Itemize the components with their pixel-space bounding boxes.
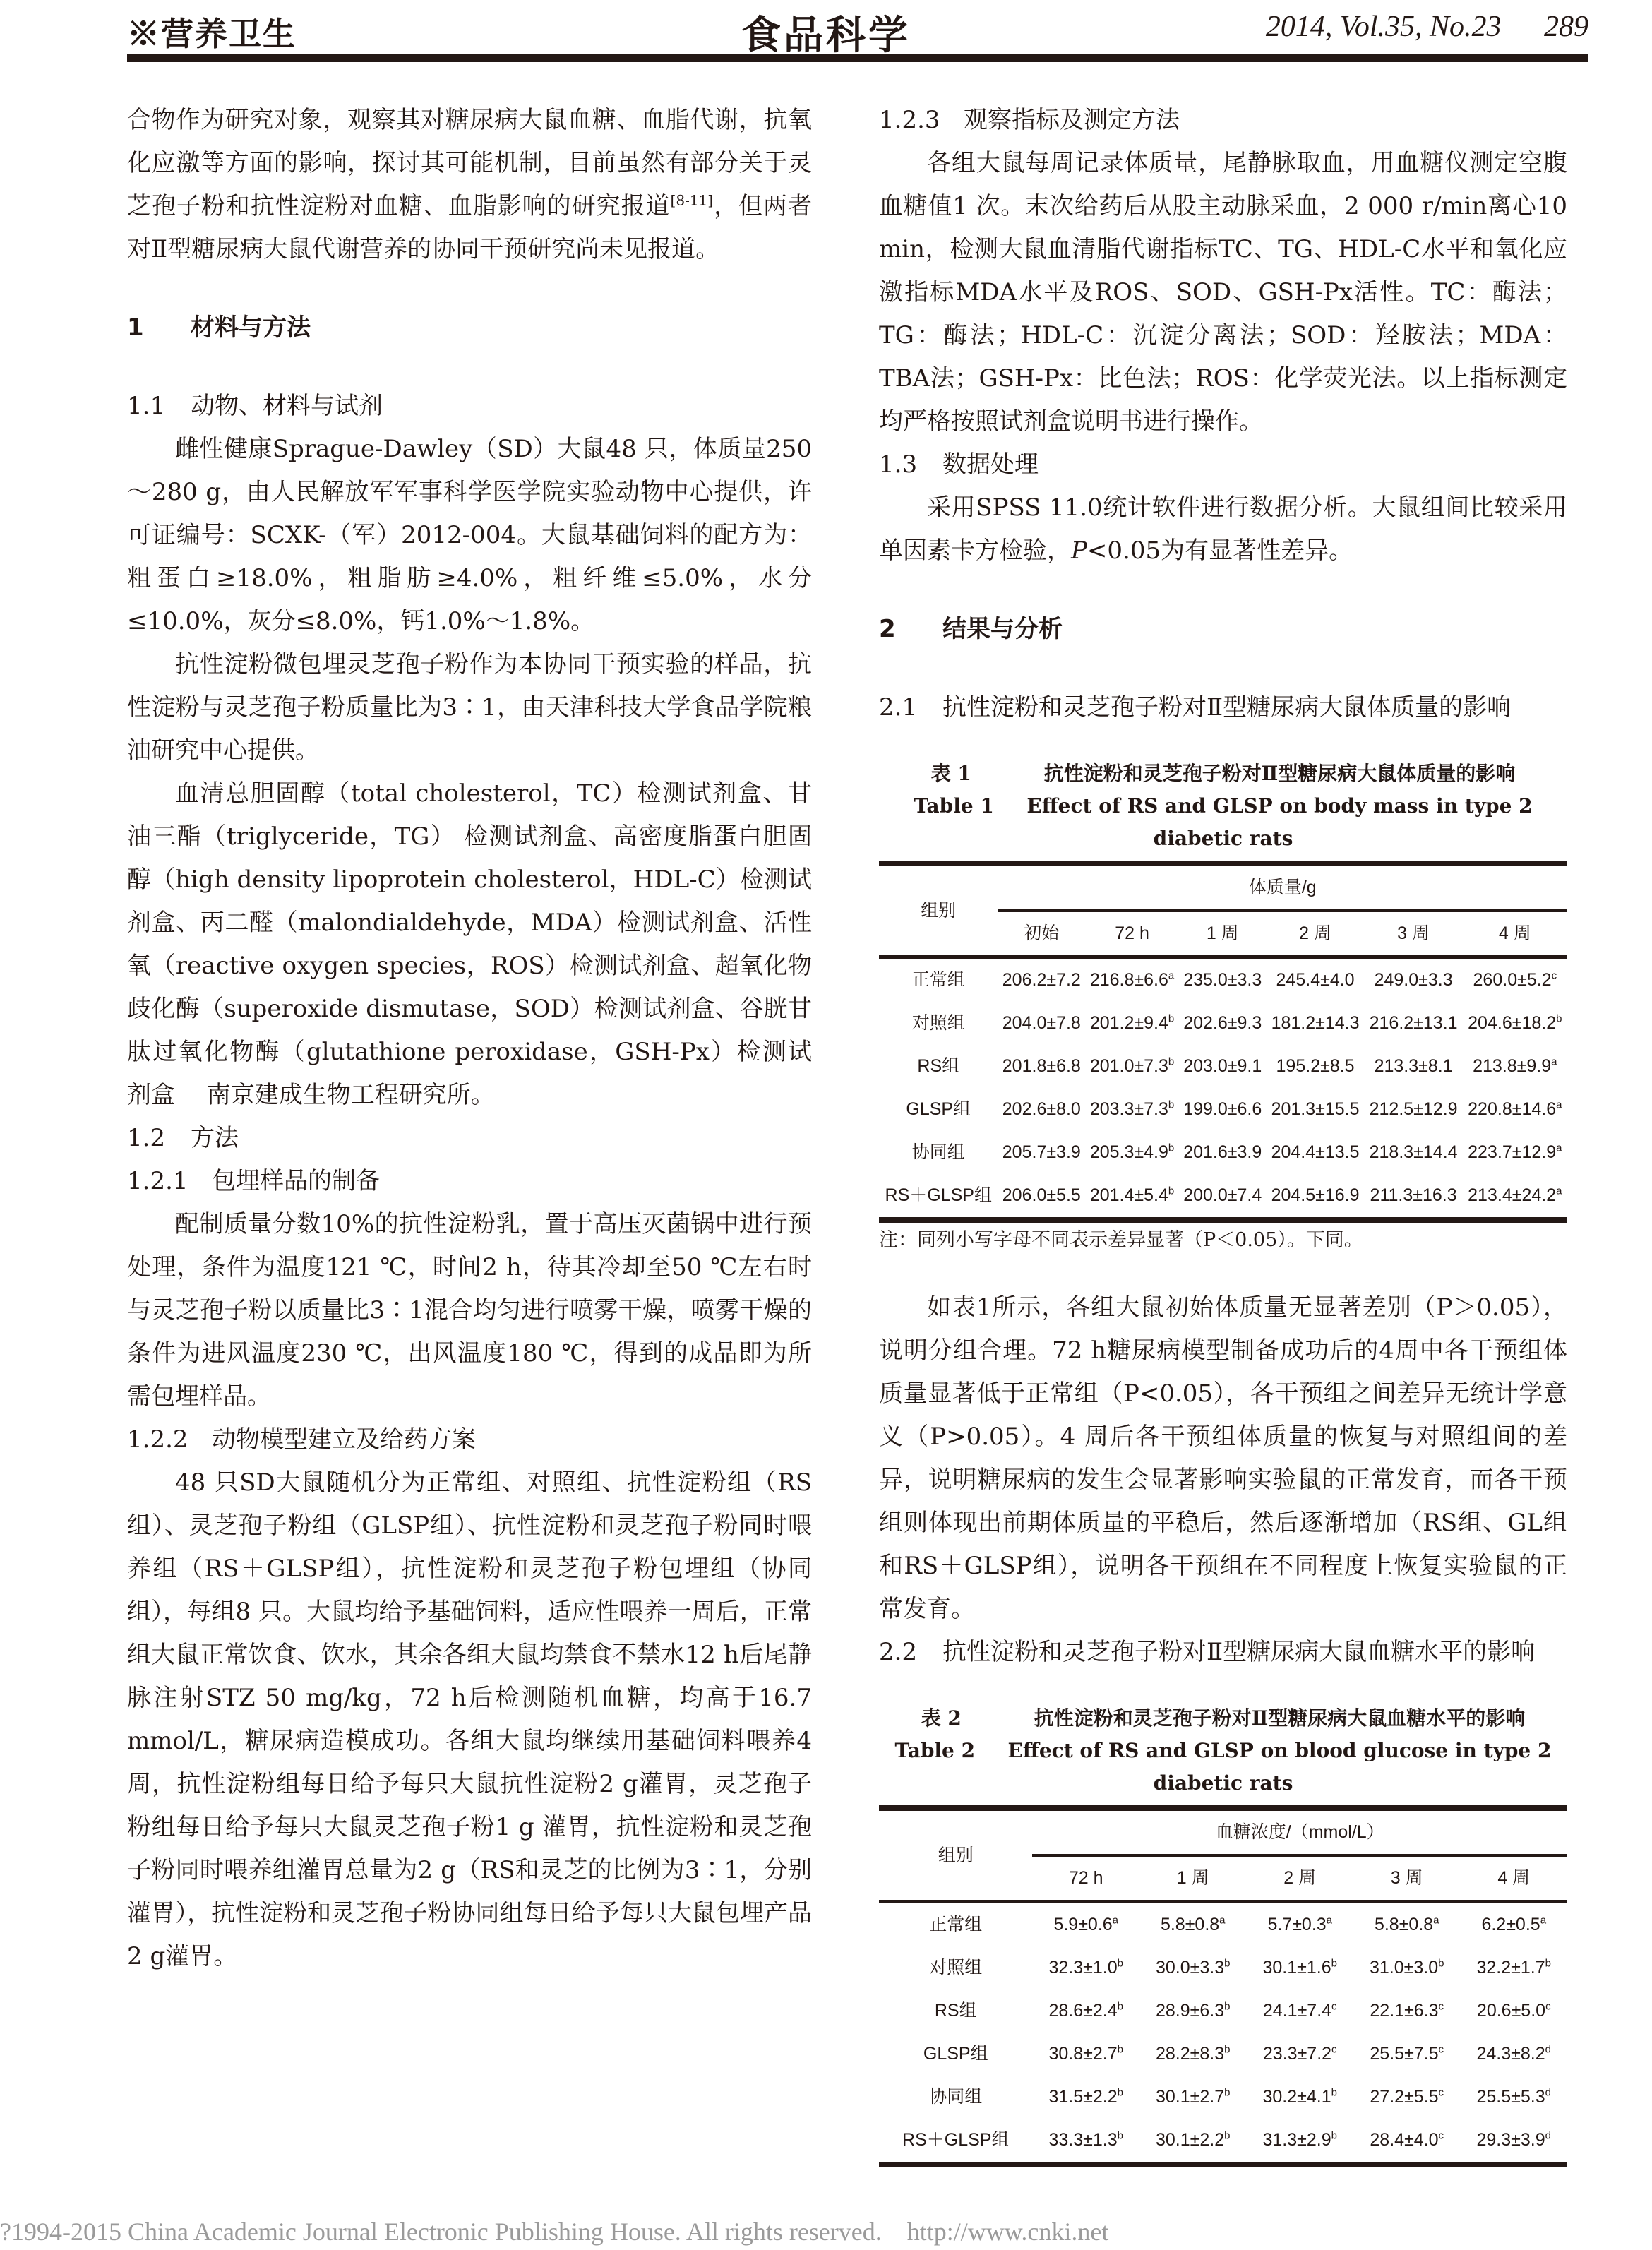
header-rule [127,54,1588,62]
value-cell: 202.6±8.0 [998,1088,1086,1131]
value-cell: 201.3±15.5 [1267,1088,1365,1131]
journal-title: 食品科学 [741,4,911,61]
table-2: 表 2抗性淀粉和灵芝孢子粉对Ⅱ型糖尿病大鼠血糖水平的影响 Table 2Effe… [879,1702,1567,2167]
value-cell: 202.6±9.3 [1179,1002,1267,1045]
copyright-text: ?1994-2015 China Academic Journal Electr… [0,2218,882,2246]
section-heading-1-3: 1.3数据处理 [879,443,1567,486]
section-heading-1-1: 1.1动物、材料与试剂 [127,385,812,428]
section-heading-2: 2结果与分析 [879,608,1567,651]
issue-number: 2014, Vol.35, No.23 [1266,11,1502,43]
value-cell: 260.0±5.2c [1463,957,1567,1003]
table-row: 协同组31.5±2.2b30.1±2.7b30.2±4.1b27.2±5.5c2… [879,2076,1567,2119]
body-mass-header: 体质量/g [998,863,1567,911]
value-cell: 205.3±4.9b [1085,1131,1179,1174]
group-cell: RS组 [879,1045,998,1088]
value-cell: 30.8±2.7b [1032,2033,1139,2076]
value-cell: 235.0±3.3 [1179,957,1267,1003]
table-row: 正常组5.9±0.6a5.8±0.8a5.7±0.3a5.8±0.8a6.2±0… [879,1902,1567,1947]
table-row: RS组28.6±2.4b28.9±6.3b24.1±7.4c22.1±6.3c2… [879,1989,1567,2033]
value-cell: 30.1±2.2b [1139,2119,1247,2165]
group-cell: 对照组 [879,1946,1032,1989]
value-cell: 218.3±14.4 [1365,1131,1463,1174]
value-cell: 204.6±18.2b [1463,1002,1567,1045]
copyright-footer: ?1994-2015 China Academic Journal Electr… [0,2217,1108,2246]
section-heading-1-2: 1.2方法 [127,1117,812,1160]
table-2-caption-en: Table 2Effect of RS and GLSP on blood gl… [879,1735,1567,1800]
body-mass-table: 组别 体质量/g 初始72 h1 周 2 周3 周4 周 正常组206.2±7.… [879,861,1567,1223]
value-cell: 27.2±5.5c [1353,2076,1461,2119]
intro-paragraph: 合物作为研究对象，观察其对糖尿病大鼠血糖、血脂代谢，抗氧化应激等方面的影响，探讨… [127,99,812,271]
value-cell: 5.7±0.3a [1246,1902,1353,1947]
value-cell: 216.8±6.6a [1085,957,1179,1003]
table-1-note: 注：同列小写字母不同表示差异显著（P＜0.05）。下同。 [879,1223,1567,1258]
group-header: 组别 [879,1808,1032,1902]
value-cell: 213.3±8.1 [1365,1045,1463,1088]
section-heading-1: 1材料与方法 [127,306,812,349]
value-cell: 30.1±2.7b [1139,2076,1247,2119]
value-cell: 29.3±3.9d [1460,2119,1567,2165]
table-row: 对照组32.3±1.0b30.0±3.3b30.1±1.6b31.0±3.0b3… [879,1946,1567,1989]
value-cell: 204.0±7.8 [998,1002,1086,1045]
page-header: ※营养卫生 食品科学 2014, Vol.35, No.23 289 [127,0,1588,56]
value-cell: 206.0±5.5 [998,1174,1086,1220]
value-cell: 203.3±7.3b [1085,1088,1179,1131]
value-cell: 30.0±3.3b [1139,1946,1247,1989]
value-cell: 28.6±2.4b [1032,1989,1139,2033]
value-cell: 223.7±12.9a [1463,1131,1567,1174]
sample-paragraph: 抗性淀粉微包埋灵芝孢子粉作为本协同干预实验的样品，抗性淀粉与灵芝孢子粉质量比为3… [127,643,812,772]
citation-ref[interactable]: [8-11] [671,192,714,209]
result-1-paragraph: 如表1所示，各组大鼠初始体质量无显著差别（P＞0.05），说明分组合理。72 h… [879,1286,1567,1631]
value-cell: 28.2±8.3b [1139,2033,1247,2076]
blood-glucose-table: 组别 血糖浓度/（mmol/L） 72 h1 周2 周 3 周4 周 正常组5.… [879,1805,1567,2167]
value-cell: 201.0±7.3b [1085,1045,1179,1088]
value-cell: 5.9±0.6a [1032,1902,1139,1947]
value-cell: 204.4±13.5 [1267,1131,1365,1174]
value-cell: 211.3±16.3 [1365,1174,1463,1220]
table-row: RS＋GLSP组33.3±1.3b30.1±2.2b31.3±2.9b28.4±… [879,2119,1567,2165]
table-1-caption-cn: 表 1抗性淀粉和灵芝孢子粉对Ⅱ型糖尿病大鼠体质量的影响 [879,758,1567,790]
value-cell: 28.4±4.0c [1353,2119,1461,2165]
value-cell: 201.8±6.8 [998,1045,1086,1088]
group-cell: 协同组 [879,2076,1032,2119]
section-heading-2-2: 2.2抗性淀粉和灵芝孢子粉对Ⅱ型糖尿病大鼠血糖水平的影响 [879,1631,1567,1674]
section-label: ※营养卫生 [127,8,297,55]
value-cell: 22.1±6.3c [1353,1989,1461,2033]
value-cell: 212.5±12.9 [1365,1088,1463,1131]
table-row: 协同组205.7±3.9205.3±4.9b201.6±3.9204.4±13.… [879,1131,1567,1174]
value-cell: 203.0±9.1 [1179,1045,1267,1088]
group-cell: RS＋GLSP组 [879,1174,998,1220]
value-cell: 199.0±6.6 [1179,1088,1267,1131]
group-cell: 正常组 [879,1902,1032,1947]
group-cell: GLSP组 [879,2033,1032,2076]
glucose-header: 血糖浓度/（mmol/L） [1032,1808,1567,1855]
section-heading-1-2-1: 1.2.1包埋样品的制备 [127,1160,812,1203]
value-cell: 33.3±1.3b [1032,2119,1139,2165]
issue-info: 2014, Vol.35, No.23 289 [1266,10,1588,44]
section-heading-2-1: 2.1抗性淀粉和灵芝孢子粉对Ⅱ型糖尿病大鼠体质量的影响 [879,686,1567,729]
section-heading-1-2-3: 1.2.3观察指标及测定方法 [879,99,1567,142]
value-cell: 195.2±8.5 [1267,1045,1365,1088]
statistics-paragraph: 采用SPSS 11.0统计软件进行数据分析。大鼠组间比较采用单因素卡方检验，P<… [879,486,1567,573]
left-column: 合物作为研究对象，观察其对糖尿病大鼠血糖、血脂代谢，抗氧化应激等方面的影响，探讨… [127,99,812,1978]
value-cell: 204.5±16.9 [1267,1174,1365,1220]
value-cell: 181.2±14.3 [1267,1002,1365,1045]
value-cell: 245.4±4.0 [1267,957,1365,1003]
table-row: GLSP组202.6±8.0203.3±7.3b199.0±6.6201.3±1… [879,1088,1567,1131]
value-cell: 28.9±6.3b [1139,1989,1247,2033]
table-row: GLSP组30.8±2.7b28.2±8.3b23.3±7.2c25.5±7.5… [879,2033,1567,2076]
table-1: 表 1抗性淀粉和灵芝孢子粉对Ⅱ型糖尿病大鼠体质量的影响 Table 1Effec… [879,758,1567,1258]
kits-paragraph: 血清总胆固醇（total cholesterol，TC）检测试剂盒、甘油三酯（t… [127,772,812,1117]
section-heading-1-2-2: 1.2.2动物模型建立及给药方案 [127,1418,812,1461]
value-cell: 25.5±5.3d [1460,2076,1567,2119]
preparation-paragraph: 配制质量分数10%的抗性淀粉乳，置于高压灭菌锅中进行预处理，条件为温度121 ℃… [127,1203,812,1418]
table-1-caption-en: Table 1Effect of RS and GLSP on body mas… [879,790,1567,855]
value-cell: 25.5±7.5c [1353,2033,1461,2076]
value-cell: 20.6±5.0c [1460,1989,1567,2033]
value-cell: 213.4±24.2a [1463,1174,1567,1220]
model-paragraph: 48 只SD大鼠随机分为正常组、对照组、抗性淀粉组（RS组）、灵芝孢子粉组（GL… [127,1461,812,1978]
table-2-caption-cn: 表 2抗性淀粉和灵芝孢子粉对Ⅱ型糖尿病大鼠血糖水平的影响 [879,1702,1567,1735]
group-cell: RS组 [879,1989,1032,2033]
value-cell: 206.2±7.2 [998,957,1086,1003]
value-cell: 220.8±14.6a [1463,1088,1567,1131]
table-row: 对照组204.0±7.8201.2±9.4b202.6±9.3181.2±14.… [879,1002,1567,1045]
value-cell: 30.2±4.1b [1246,2076,1353,2119]
value-cell: 31.0±3.0b [1353,1946,1461,1989]
value-cell: 6.2±0.5a [1460,1902,1567,1947]
value-cell: 205.7±3.9 [998,1131,1086,1174]
group-cell: 对照组 [879,1002,998,1045]
group-cell: GLSP组 [879,1088,998,1131]
value-cell: 24.1±7.4c [1246,1989,1353,2033]
value-cell: 201.2±9.4b [1085,1002,1179,1045]
group-header: 组别 [879,863,998,957]
value-cell: 30.1±1.6b [1246,1946,1353,1989]
right-column: 1.2.3观察指标及测定方法 各组大鼠每周记录体质量，尾静脉取血，用血糖仪测定空… [879,99,1567,2167]
value-cell: 5.8±0.8a [1353,1902,1461,1947]
group-cell: 协同组 [879,1131,998,1174]
value-cell: 201.4±5.4b [1085,1174,1179,1220]
value-cell: 32.3±1.0b [1032,1946,1139,1989]
value-cell: 216.2±13.1 [1365,1002,1463,1045]
indicators-paragraph: 各组大鼠每周记录体质量，尾静脉取血，用血糖仪测定空腹血糖值1 次。末次给药后从股… [879,142,1567,443]
table-row: 正常组206.2±7.2216.8±6.6a235.0±3.3245.4±4.0… [879,957,1567,1003]
value-cell: 5.8±0.8a [1139,1902,1247,1947]
table-row: RS＋GLSP组206.0±5.5201.4±5.4b200.0±7.4204.… [879,1174,1567,1220]
value-cell: 31.3±2.9b [1246,2119,1353,2165]
value-cell: 32.2±1.7b [1460,1946,1567,1989]
value-cell: 24.3±8.2d [1460,2033,1567,2076]
value-cell: 200.0±7.4 [1179,1174,1267,1220]
table-row: RS组201.8±6.8201.0±7.3b203.0±9.1195.2±8.5… [879,1045,1567,1088]
value-cell: 249.0±3.3 [1365,957,1463,1003]
group-cell: 正常组 [879,957,998,1003]
cnki-link[interactable]: http://www.cnki.net [907,2218,1109,2246]
value-cell: 213.8±9.9a [1463,1045,1567,1088]
value-cell: 31.5±2.2b [1032,2076,1139,2119]
value-cell: 201.6±3.9 [1179,1131,1267,1174]
group-cell: RS＋GLSP组 [879,2119,1032,2165]
page-number: 289 [1544,11,1588,43]
animals-paragraph: 雌性健康Sprague-Dawley（SD）大鼠48 只，体质量250～280 … [127,428,812,643]
value-cell: 23.3±7.2c [1246,2033,1353,2076]
